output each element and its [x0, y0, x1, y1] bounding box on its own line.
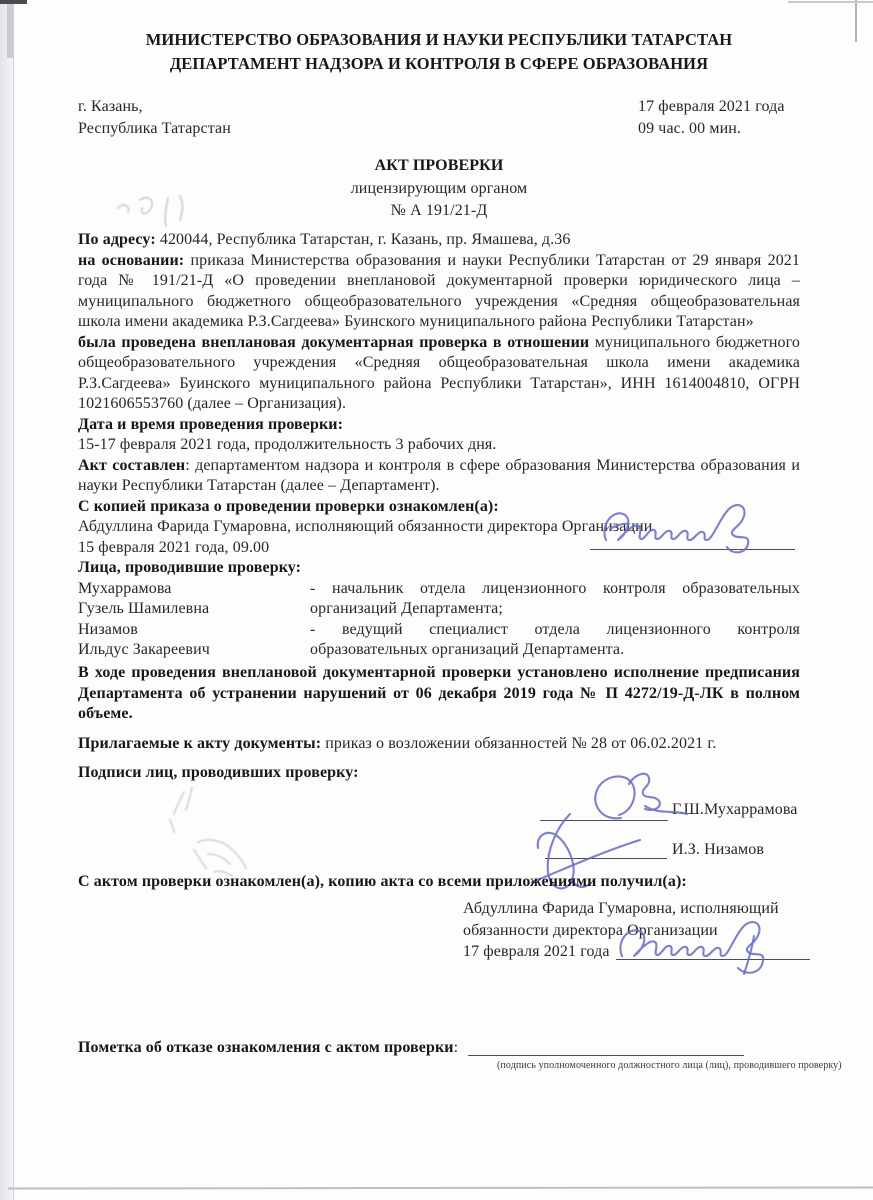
document-body: По адресу: 420044, Республика Татарстан,…	[78, 230, 800, 661]
datetime-label: Дата и время проведения проверки:	[78, 415, 800, 436]
attachments-label: Прилагаемые к акту документы:	[78, 735, 321, 752]
acknowledgement-date: 17 февраля 2021 года	[463, 941, 610, 963]
inspector-row: Мухаррамова - начальник отдела лицензион…	[78, 579, 800, 600]
scan-left-edge-shadow	[7, 0, 13, 58]
attachments-paragraph: Прилагаемые к акту документы: приказ о в…	[78, 734, 800, 755]
conducted-label: была проведена внеплановая документарная…	[78, 334, 589, 351]
act-label: Акт составлен	[78, 457, 185, 474]
inspector-role: - ведущий специалист отдела лицензионног…	[310, 620, 800, 641]
address-text: 420044, Республика Татарстан, г. Казань,…	[156, 231, 571, 248]
address-label: По адресу:	[78, 231, 156, 248]
basis-paragraph: на основании: приказа Министерства образ…	[78, 251, 800, 333]
refusal-label: Пометка об отказе ознакомления с актом п…	[78, 1039, 454, 1056]
refusal-hint: (подпись уполномоченного должностного ли…	[497, 1060, 842, 1072]
department-name: ДЕПАРТАМЕНТ НАДЗОРА И КОНТРОЛЯ В СФЕРЕ О…	[78, 52, 800, 76]
act-date: 17 февраля 2021 года	[638, 96, 785, 118]
inspector-role: организаций Департамента;	[310, 599, 800, 620]
scan-left-edge	[0, 0, 14, 1200]
nizamov-signature-name: И.З. Низамов	[672, 840, 764, 861]
act-text: : департаментом надзора и контроля в сфе…	[78, 457, 800, 495]
pencil-smudge	[150, 780, 270, 885]
refusal-row: Пометка об отказе ознакомления с актом п…	[78, 1038, 818, 1059]
act-time: 09 час. 00 мин.	[638, 118, 785, 140]
scan-corner-mark	[0, 0, 27, 4]
document-page: МИНИСТЕРСТВО ОБРАЗОВАНИЯ И НАУКИ РЕСПУБЛ…	[0, 0, 873, 1200]
date-time-block: 17 февраля 2021 года 09 час. 00 мин.	[638, 96, 785, 140]
refusal-colon: :	[454, 1039, 459, 1056]
inspector-name: Гузель Шамилевна	[78, 599, 310, 620]
scan-top-edge	[788, 1, 873, 3]
abdullina-signature	[598, 498, 793, 556]
refusal-signature-line	[468, 1055, 744, 1056]
place-date-row: г. Казань, Республика Татарстан 17 февра…	[78, 96, 800, 140]
basis-text: приказа Министерства образования и науки…	[78, 252, 800, 331]
inspector-row: Низамов - ведущий специалист отдела лице…	[78, 620, 800, 641]
inspectors-label: Лица, проводившие проверку:	[78, 558, 800, 579]
conducted-paragraph: была проведена внеплановая документарная…	[78, 333, 800, 415]
inspector-role: образовательных организаций Департамента…	[310, 640, 800, 661]
act-paragraph: Акт составлен: департаментом надзора и к…	[78, 456, 800, 497]
inspector-name: Ильдус Закареевич	[78, 640, 310, 661]
abdullina-signature-2	[614, 916, 799, 978]
inspector-row: Гузель Шамилевна организаций Департамент…	[78, 599, 800, 620]
scan-bottom-edge	[8, 1187, 873, 1190]
basis-label: на основании:	[78, 252, 184, 269]
title-line1: АКТ ПРОВЕРКИ	[78, 155, 800, 178]
inspector-surname: Низамов	[78, 620, 310, 641]
inspector-role: - начальник отдела лицензионного контрол…	[310, 579, 800, 600]
datetime-text: 15-17 февраля 2021 года, продолжительнос…	[78, 435, 800, 456]
inspector-surname: Мухаррамова	[78, 579, 310, 600]
address-paragraph: По адресу: 420044, Республика Татарстан,…	[78, 230, 800, 251]
attachments-text: приказ о возложении обязанностей № 28 от…	[321, 735, 716, 752]
letterhead: МИНИСТЕРСТВО ОБРАЗОВАНИЯ И НАУКИ РЕСПУБЛ…	[78, 28, 800, 76]
scan-top-right-edge	[855, 0, 857, 42]
inspector-row: Ильдус Закареевич образовательных органи…	[78, 640, 800, 661]
findings-paragraph: В ходе проведения внеплановой документар…	[78, 663, 800, 725]
ministry-name: МИНИСТЕРСТВО ОБРАЗОВАНИЯ И НАУКИ РЕСПУБЛ…	[78, 28, 800, 52]
acknowledgement-label: С актом проверки ознакомлен(а), копию ак…	[78, 872, 800, 893]
